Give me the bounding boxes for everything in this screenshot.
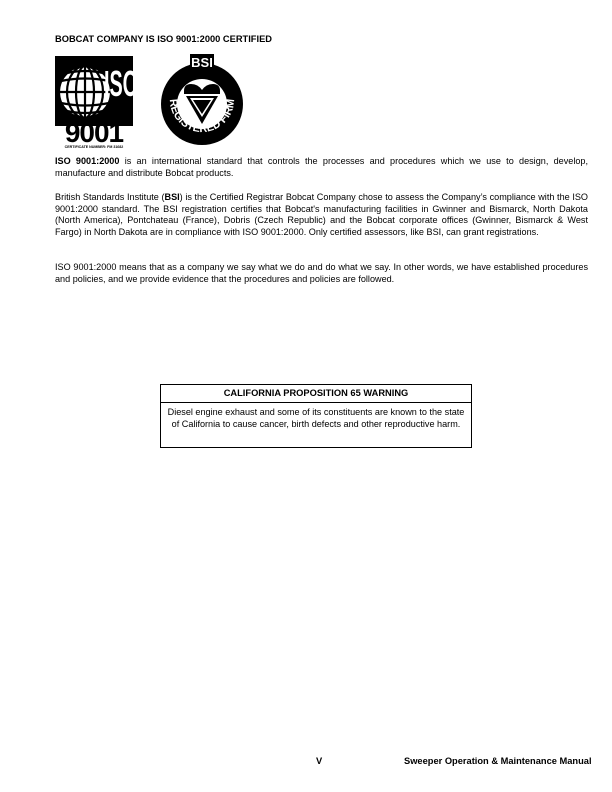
warning-text: Diesel engine exhaust and some of its co… [161,403,471,430]
iso-meaning-paragraph: ISO 9001:2000 means that as a company we… [55,262,588,285]
svg-text:9001: 9001 [65,117,124,148]
svg-text:BSI: BSI [191,55,213,70]
iso-text: ISO [104,65,133,105]
bsi-description-paragraph: British Standards Institute (BSI) is the… [55,192,588,238]
bsi-registered-firm-logo-icon: BSI REGISTERED FIRM [160,54,244,146]
manual-title: Sweeper Operation & Maintenance Manual [404,756,592,766]
iso-9001-logo-icon: ISO 9001 CERTIFICATE NUMBER: FM 31682 [55,56,133,149]
svg-text:CERTIFICATE NUMBER: FM 31682: CERTIFICATE NUMBER: FM 31682 [65,145,124,149]
page-heading: BOBCAT COMPANY IS ISO 9001:2000 CERTIFIE… [55,34,272,44]
warning-title: CALIFORNIA PROPOSITION 65 WARNING [161,385,471,403]
iso-description-paragraph: ISO 9001:2000 is an international standa… [55,156,588,179]
prop65-warning-box: CALIFORNIA PROPOSITION 65 WARNING Diesel… [160,384,472,448]
iso-term: ISO 9001:2000 [55,156,119,166]
page-number: V [316,756,322,766]
bsi-term: BSI [165,192,180,202]
